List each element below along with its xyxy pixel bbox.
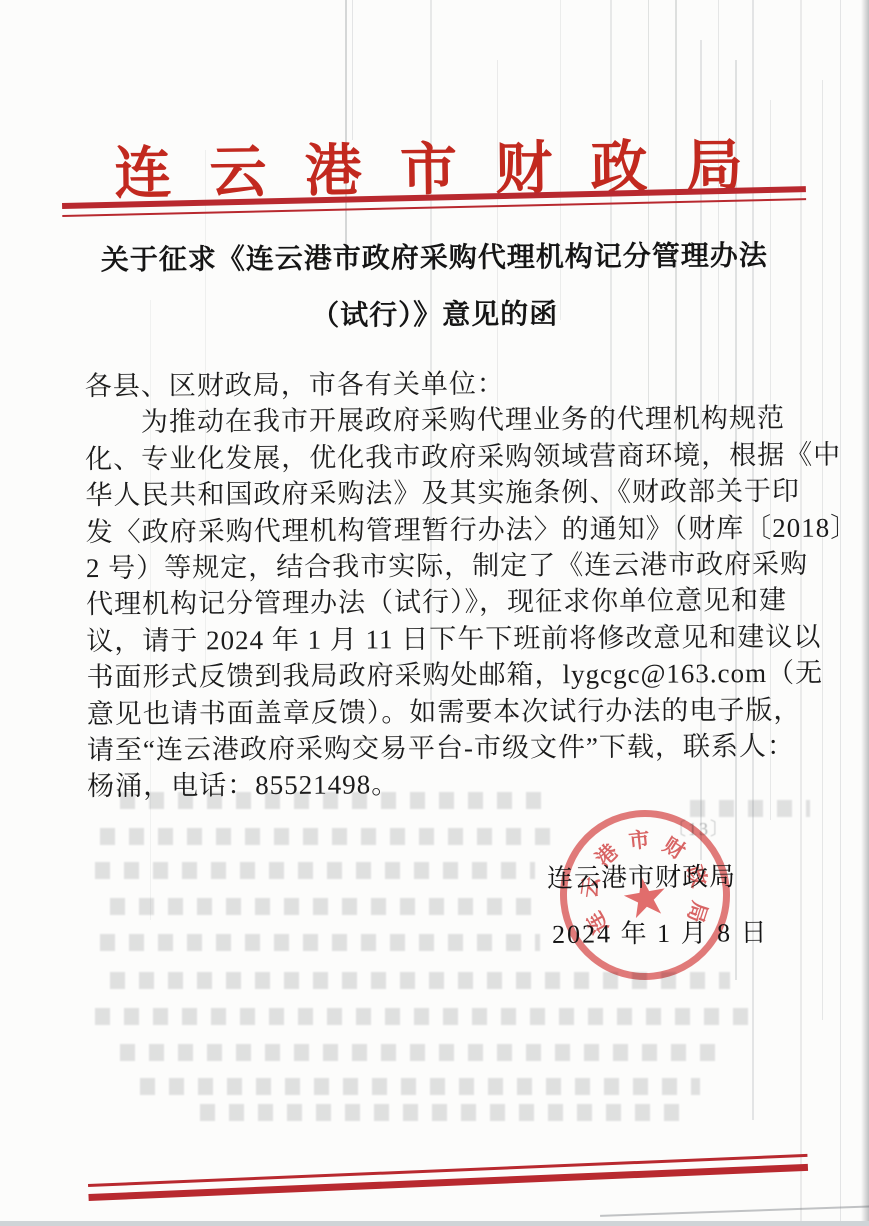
body-line: 华人民共和国政府采购法》及其实施条例、《财政部关于印 xyxy=(85,473,791,514)
scanned-letter-page: 〔13〕 连 云 港 市 财 政 局 关于征求《连云港市政府采购代理机构记分管理… xyxy=(0,0,869,1226)
document-title: 关于征求《连云港市政府采购代理机构记分管理办法 （试行）》意见的函 xyxy=(0,233,869,336)
page-bottom-edge xyxy=(0,1221,869,1226)
body-line: 发〈政府采购代理机构管理暂行办法〉的通知》（财库〔2018〕 xyxy=(86,509,792,550)
letter-body: 各县、区财政局，市各有关单位： 为推动在我市开展政府采购代理业务的代理机构规范 … xyxy=(85,364,794,805)
body-line: 议，请于 2024 年 1 月 11 日下午下班前将修改意见和建议以 xyxy=(86,619,792,660)
scan-artifact-line xyxy=(600,1205,869,1217)
body-line: 书面形式反馈到我局政府采购处邮箱，lygcgc@163.com（无 xyxy=(86,655,792,696)
body-line: 请至“连云港政府采购交易平台-市级文件”下载，联系人： xyxy=(87,728,793,769)
body-line: 为推动在我市开展政府采购代理业务的代理机构规范 xyxy=(85,400,791,441)
body-line: 2 号）等规定，结合我市实际，制定了《连云港市政府采购 xyxy=(86,546,792,587)
seal-char: 市 xyxy=(627,823,651,855)
body-line: 代理机构记分管理办法（试行）》，现征求你单位意见和建 xyxy=(86,582,792,623)
document-title-line1: 关于征求《连云港市政府采购代理机构记分管理办法 xyxy=(0,233,869,279)
page-edge-shadow xyxy=(861,0,869,1226)
body-line: 意见也请书面盖章反馈）。如需要本次试行办法的电子版， xyxy=(87,691,793,732)
body-line: 化、专业化发展，优化我市政府采购领域营商环境，根据《中 xyxy=(85,437,791,478)
body-line: 杨涌，电话：85521498。 xyxy=(87,764,793,805)
document-title-line2: （试行）》意见的函 xyxy=(0,290,869,336)
salutation: 各县、区财政局，市各有关单位： xyxy=(85,364,791,405)
footer-rule xyxy=(88,1154,808,1201)
signature-date: 2024 年 1 月 8 日 xyxy=(552,912,769,951)
signature-org: 连云港市财政局 xyxy=(547,856,736,895)
